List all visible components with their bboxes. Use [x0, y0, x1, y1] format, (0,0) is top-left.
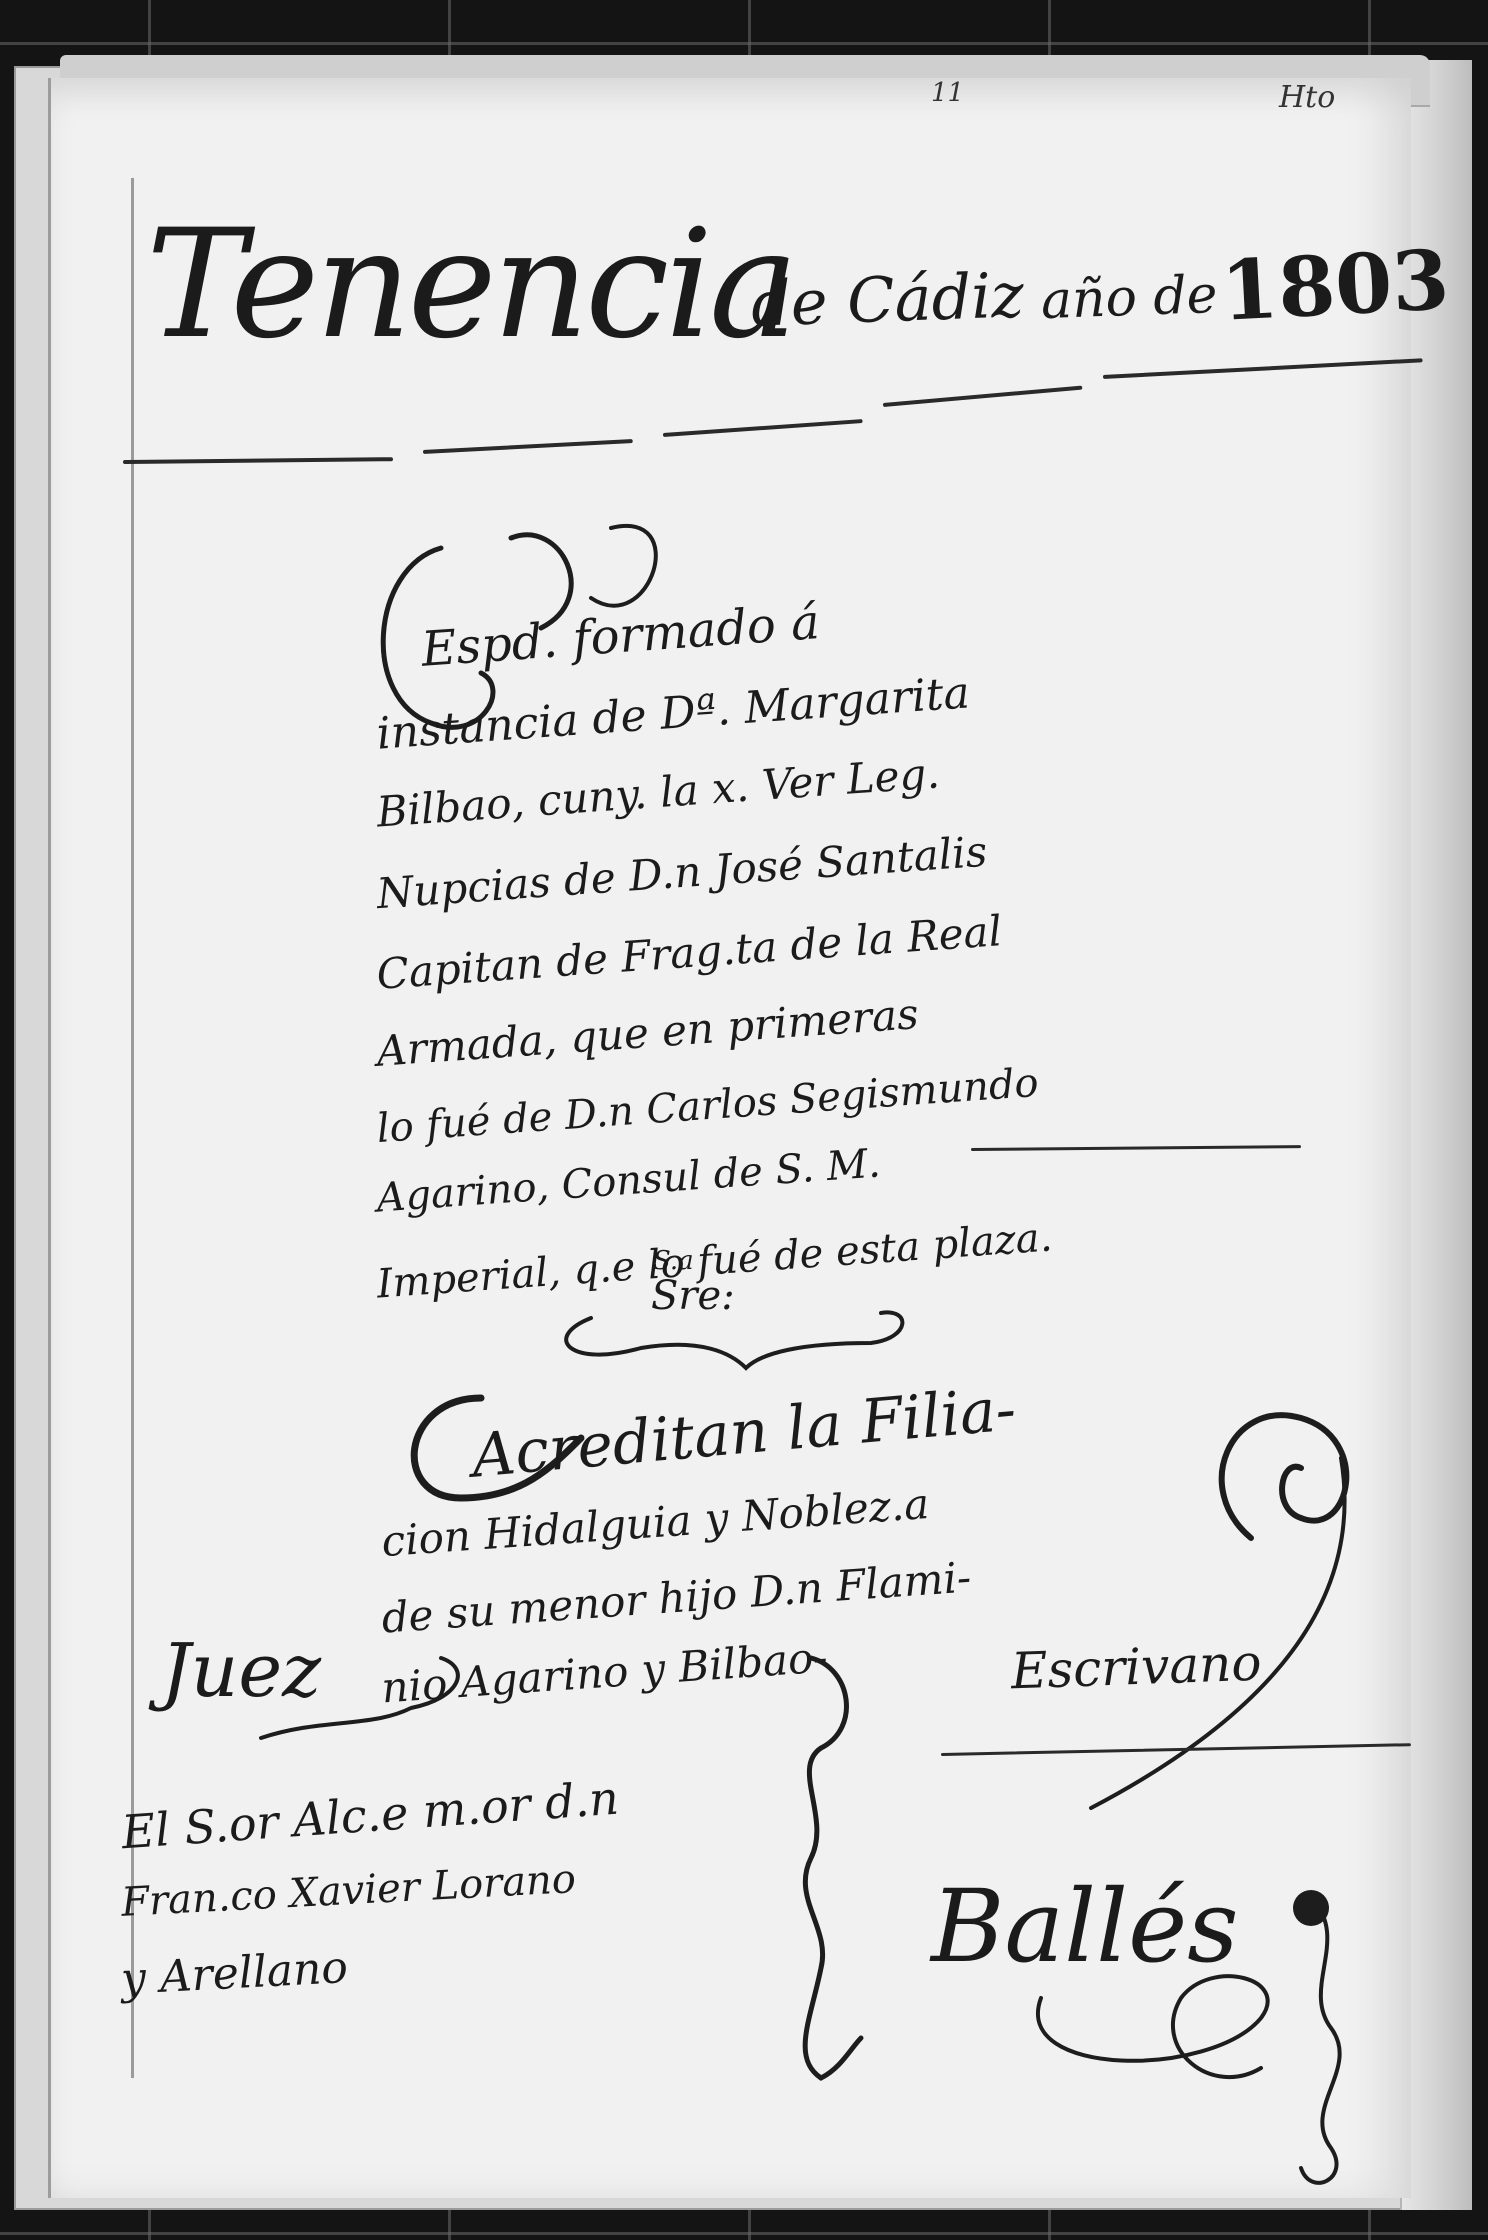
judge-line: y Arellano: [120, 1942, 349, 2005]
summary-line: Armada, que en primeras: [375, 989, 920, 1076]
folio-mark: 11: [931, 78, 964, 108]
summary-line: Nupcias de D.n José Santalis: [375, 827, 989, 919]
folio-mark: Hto: [1279, 80, 1335, 115]
title-year-label: año de: [1040, 265, 1218, 331]
margin-rule: [971, 1145, 1301, 1151]
manuscript-page: 11 Hto Tenencia de Cádiz año de 1803 Esp…: [48, 78, 1411, 2198]
scanner-grid-line: [0, 2232, 1488, 2235]
title-year: 1803: [1219, 232, 1452, 340]
title-underline: [883, 386, 1083, 407]
scanner-grid-line: [0, 42, 1488, 45]
large-scroll-flourish: [1191, 1398, 1441, 1818]
notary-rubric: [1011, 1878, 1431, 2198]
judge-line: El S.or Alc.e m.or d.n: [120, 1771, 621, 1860]
title-underline: [1103, 358, 1423, 379]
title-underline: [123, 457, 393, 464]
summary-line: Bilbao, cuny. la x. Ver Leg.: [375, 748, 941, 836]
separator-flourish: [551, 1298, 931, 1378]
separator-superscript: S.a: [653, 1246, 694, 1276]
summary-line: Agarino, Consul de S. M.: [375, 1140, 882, 1221]
title-place: de Cádiz: [750, 258, 1025, 340]
judge-line: Fran.co Xavier Lorano: [120, 1856, 577, 1926]
title-underline: [663, 419, 863, 437]
title-tenencia: Tenencia: [146, 198, 795, 372]
summary-line: lo fué de D.n Carlos Segismundo: [375, 1060, 1040, 1152]
summary-line: Capitan de Frag.ta de la Real: [375, 906, 1003, 999]
judge-rubric-brace: [751, 1638, 891, 2098]
title-underline: [423, 439, 633, 454]
notary-heading: Escrivano: [1010, 1634, 1262, 1701]
judge-heading-flourish: [171, 1638, 491, 1758]
purpose-line: de su menor hijo D.n Flami-: [380, 1552, 973, 1642]
